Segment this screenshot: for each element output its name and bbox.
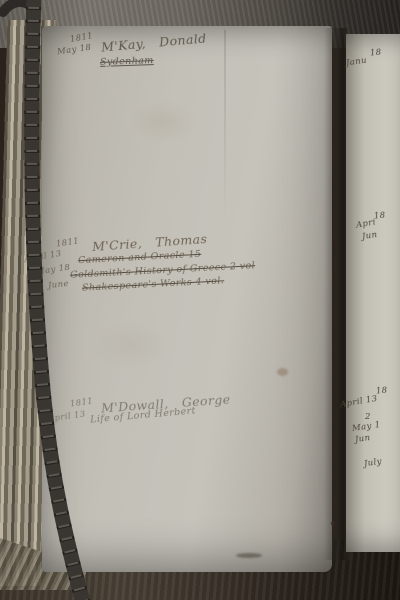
right-page-fragment: Jun: [361, 230, 378, 242]
right-page: [346, 34, 400, 552]
edge-smudge: [236, 553, 262, 558]
right-page-fragment: 18: [376, 385, 389, 396]
page-crease: [224, 30, 226, 225]
ledger-photo: { "colors": { "paper": "#c3c0b8", "paper…: [0, 0, 400, 600]
entry-title-struck: Sydenham: [100, 55, 154, 68]
right-page-fragment: 18: [370, 47, 383, 58]
dark-speck: [331, 521, 335, 526]
right-page-fragment: Jun: [354, 433, 371, 445]
foxing-stain: [90, 320, 170, 370]
foxing-stain: [128, 100, 198, 144]
ink-stain: [277, 368, 288, 376]
